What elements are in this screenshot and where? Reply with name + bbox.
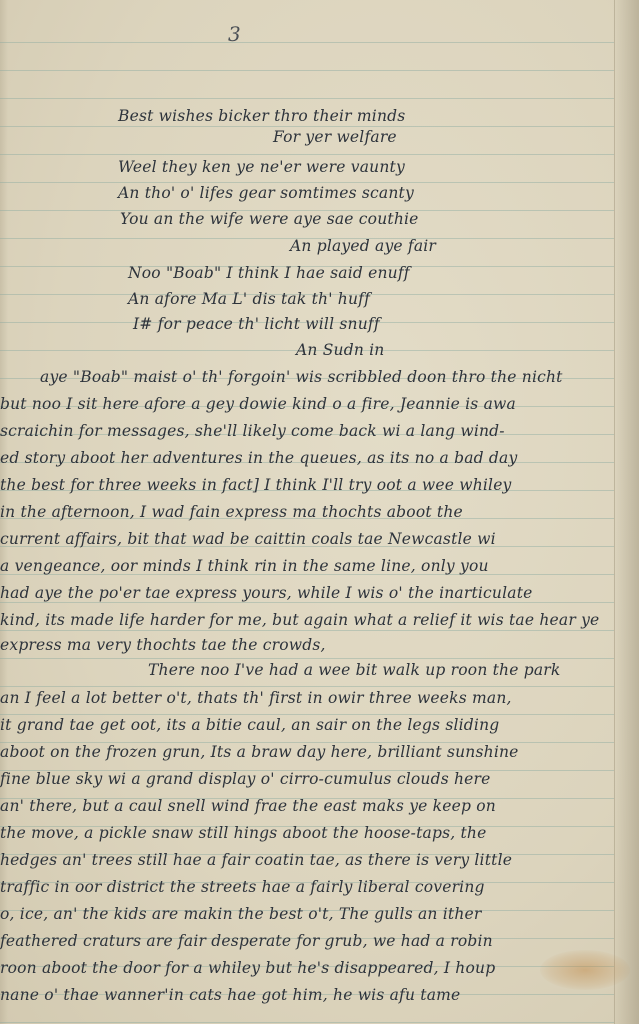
prose-line: a vengeance, oor minds I think rin in th… <box>0 557 489 575</box>
poem-line: Noo "Boab" I think I hae said enuff <box>128 264 410 282</box>
paper-stain <box>540 950 630 990</box>
poem-line: An Sudn in <box>296 341 384 359</box>
poem-line: An played aye fair <box>290 237 436 255</box>
poem-line: For yer welfare <box>273 128 397 146</box>
prose-line: express ma very thochts tae the crowds, <box>0 636 326 654</box>
prose-line: feathered craturs are fair desperate for… <box>0 932 493 950</box>
prose-line: aye "Boab" maist o' th' forgoin' wis scr… <box>40 368 563 386</box>
prose-line: scraichin for messages, she'll likely co… <box>0 422 505 440</box>
prose-line: it grand tae get oot, its a bitie caul, … <box>0 716 499 734</box>
prose-line: current affairs, bit that wad be caittin… <box>0 530 496 548</box>
poem-line: I# for peace th' licht will snuff <box>133 315 380 333</box>
prose-line: traffic in oor district the streets hae … <box>0 878 485 896</box>
prose-line: o, ice, an' the kids are makin the best … <box>0 905 482 923</box>
poem-line: An tho' o' lifes gear somtimes scanty <box>118 184 414 202</box>
prose-line: ed story aboot her adventures in the que… <box>0 449 517 467</box>
prose-line: an' there, but a caul snell wind frae th… <box>0 797 496 815</box>
poem-line: Weel they ken ye ne'er were vaunty <box>118 158 405 176</box>
prose-line: the move, a pickle snaw still hings aboo… <box>0 824 486 842</box>
prose-line: kind, its made life harder for me, but a… <box>0 611 599 629</box>
prose-line: aboot on the frozen grun, Its a braw day… <box>0 743 519 761</box>
prose-line: in the afternoon, I wad fain express ma … <box>0 503 463 521</box>
prose-line: fine blue sky wi a grand display o' cirr… <box>0 770 491 788</box>
poem-line: Best wishes bicker thro their minds <box>118 107 405 125</box>
page-number: 3 <box>228 22 241 46</box>
prose-line: had aye the po'er tae express yours, whi… <box>0 584 533 602</box>
page-edge <box>614 0 615 1024</box>
poem-line: You an the wife were aye sae couthie <box>120 210 419 228</box>
prose-line: the best for three weeks in fact] I thin… <box>0 476 512 494</box>
prose-line: but noo I sit here afore a gey dowie kin… <box>0 395 516 413</box>
letter-page: 3 Best wishes bicker thro their mindsFor… <box>0 0 639 1024</box>
prose-line: hedges an' trees still hae a fair coatin… <box>0 851 512 869</box>
poem-line: An afore Ma L' dis tak th' huff <box>128 290 370 308</box>
prose-line: There noo I've had a wee bit walk up roo… <box>148 661 561 679</box>
prose-line: roon aboot the door for a whiley but he'… <box>0 959 495 977</box>
prose-line: nane o' thae wanner'in cats hae got him,… <box>0 986 460 1004</box>
prose-line: an I feel a lot better o't, thats th' fi… <box>0 689 512 707</box>
